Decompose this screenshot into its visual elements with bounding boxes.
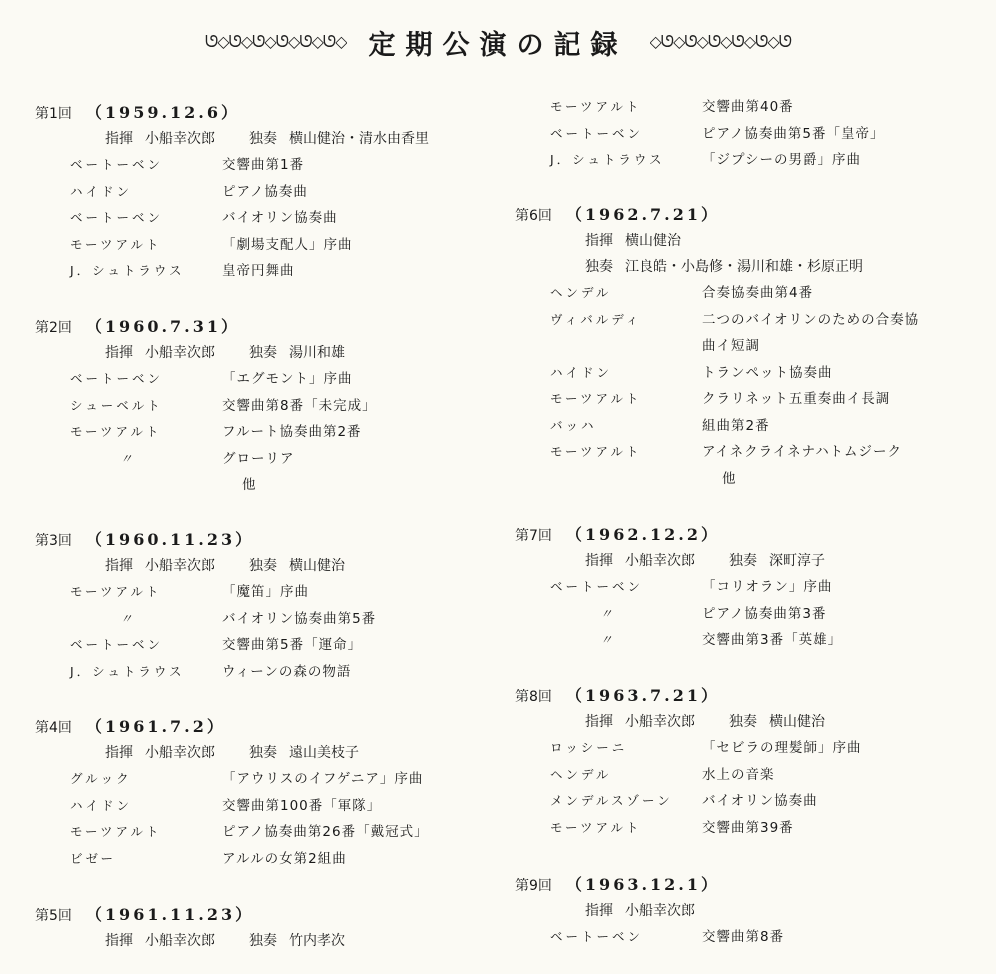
work: 皇帝円舞曲 bbox=[222, 258, 295, 285]
program-item: J．シュトラウスウィーンの森の物語 bbox=[35, 659, 495, 686]
program-item: 〃ピアノ協奏曲第3番 bbox=[515, 601, 975, 628]
composer: モーツアルト bbox=[515, 94, 702, 121]
work: 「セビラの理髪師」序曲 bbox=[702, 735, 862, 762]
concert-5-program: モーツアルト交響曲第40番 ベートーベンピアノ協奏曲第5番「皇帝」 J．シュトラ… bbox=[515, 94, 975, 174]
composer: モーツアルト bbox=[35, 579, 222, 606]
program-item: J．シュトラウス「ジプシーの男爵」序曲 bbox=[515, 147, 975, 174]
work: 曲イ短調 bbox=[702, 333, 760, 360]
soloist-name: 深町淳子 bbox=[769, 553, 825, 569]
concert-date: （1962.7.21） bbox=[566, 205, 720, 224]
performers: 指揮小船幸次郎独奏横山健治・清水由香里 bbox=[35, 126, 495, 152]
soloist-name: 横山健治・清水由香里 bbox=[289, 131, 429, 147]
program-item: メンデルスゾーンバイオリン協奏曲 bbox=[515, 788, 975, 815]
composer: モーツアルト bbox=[35, 819, 222, 846]
composer-ditto: 〃 bbox=[35, 446, 222, 473]
composer: モーツアルト bbox=[515, 815, 702, 842]
work: 交響曲第39番 bbox=[702, 815, 794, 842]
program-item: 〃交響曲第3番「英雄」 bbox=[515, 627, 975, 654]
program-item: ベートーベン交響曲第1番 bbox=[35, 152, 495, 179]
conductor-label: 指揮 bbox=[105, 933, 133, 949]
program-item-continued: 曲イ短調 bbox=[515, 333, 975, 360]
program-item: モーツアルトピアノ協奏曲第26番「戴冠式」 bbox=[35, 819, 495, 846]
work: 合奏協奏曲第4番 bbox=[702, 280, 813, 307]
composer bbox=[515, 333, 702, 360]
composer-ditto: 〃 bbox=[515, 627, 702, 654]
concert-number: 第7回 bbox=[515, 528, 552, 544]
soloist-name: 横山健治 bbox=[289, 558, 345, 574]
program-item: ハイドン交響曲第100番「軍隊」 bbox=[35, 793, 495, 820]
program-item: モーツアルト交響曲第39番 bbox=[515, 815, 975, 842]
composer: J．シュトラウス bbox=[35, 659, 222, 686]
composer: ベートーベン bbox=[35, 205, 222, 232]
performers: 指揮小船幸次郎独奏横山健治 bbox=[515, 709, 975, 735]
composer: モーツアルト bbox=[515, 386, 702, 413]
program-item: ヘンデル合奏協奏曲第4番 bbox=[515, 280, 975, 307]
performers: 指揮小船幸次郎 bbox=[515, 898, 975, 924]
work-etc: 他 bbox=[222, 472, 257, 499]
concert-heading: 第7回（1962.12.2） bbox=[515, 522, 975, 548]
composer-ditto: 〃 bbox=[515, 601, 702, 628]
work: アイネクライネナハトムジーク bbox=[702, 439, 902, 466]
composer: グルック bbox=[35, 766, 222, 793]
program-item: モーツアルト「劇場支配人」序曲 bbox=[35, 232, 495, 259]
concert-8: 第8回（1963.7.21） 指揮小船幸次郎独奏横山健治 ロッシーニ「セビラの理… bbox=[515, 683, 975, 841]
work: 水上の音楽 bbox=[702, 762, 775, 789]
composer: J．シュトラウス bbox=[35, 258, 222, 285]
composer: モーツアルト bbox=[35, 232, 222, 259]
soloist-label: 独奏 bbox=[249, 345, 277, 361]
work: 交響曲第8番 bbox=[702, 924, 784, 951]
work: ピアノ協奏曲第5番「皇帝」 bbox=[702, 121, 885, 148]
composer: バッハ bbox=[515, 413, 702, 440]
program-item: J．シュトラウス皇帝円舞曲 bbox=[35, 258, 495, 285]
conductor-label: 指揮 bbox=[105, 345, 133, 361]
composer: J．シュトラウス bbox=[515, 147, 702, 174]
concert-4: 第4回（1961.7.2） 指揮小船幸次郎独奏遠山美枝子 グルック「アウリスのイ… bbox=[35, 714, 495, 872]
work: 交響曲第3番「英雄」 bbox=[702, 627, 842, 654]
concert-date: （1961.7.2） bbox=[86, 717, 226, 736]
composer: ベートーベン bbox=[515, 924, 702, 951]
composer: シューベルト bbox=[35, 393, 222, 420]
conductor-name: 小船幸次郎 bbox=[625, 714, 695, 730]
work: ウィーンの森の物語 bbox=[222, 659, 351, 686]
concert-date: （1961.11.23） bbox=[86, 905, 254, 924]
ornament-left-icon: ᘎ◇ᘎ◇ᘎ◇ᘎ◇ᘎ◇ᘎ◇ bbox=[147, 32, 347, 52]
conductor-label: 指揮 bbox=[585, 903, 613, 919]
concert-number: 第6回 bbox=[515, 208, 552, 224]
concert-date: （1959.12.6） bbox=[86, 103, 240, 122]
concert-date: （1963.12.1） bbox=[566, 875, 720, 894]
composer: メンデルスゾーン bbox=[515, 788, 702, 815]
page-title: 定期公演の記録 bbox=[369, 23, 628, 62]
program-item: モーツアルト「魔笛」序曲 bbox=[35, 579, 495, 606]
composer: ロッシーニ bbox=[515, 735, 702, 762]
composer: ベートーベン bbox=[35, 152, 222, 179]
work: 「魔笛」序曲 bbox=[222, 579, 309, 606]
composer: モーツアルト bbox=[35, 419, 222, 446]
soloist-label: 独奏 bbox=[249, 745, 277, 761]
conductor-name: 小船幸次郎 bbox=[625, 553, 695, 569]
concert-number: 第5回 bbox=[35, 908, 72, 924]
concert-1: 第1回（1959.12.6） 指揮小船幸次郎独奏横山健治・清水由香里 ベートーベ… bbox=[35, 100, 495, 285]
work: 交響曲第5番「運命」 bbox=[222, 632, 362, 659]
program-item: 〃グローリア bbox=[35, 446, 495, 473]
soloist-line: 独奏江良皓・小島修・湯川和雄・杉原正明 bbox=[515, 254, 975, 280]
composer: ヘンデル bbox=[515, 762, 702, 789]
concert-3: 第3回（1960.11.23） 指揮小船幸次郎独奏横山健治 モーツアルト「魔笛」… bbox=[35, 527, 495, 685]
work: ピアノ協奏曲第3番 bbox=[702, 601, 827, 628]
soloist-label: 独奏 bbox=[585, 259, 613, 275]
performers: 指揮小船幸次郎独奏湯川和雄 bbox=[35, 340, 495, 366]
concert-heading: 第8回（1963.7.21） bbox=[515, 683, 975, 709]
work: トランペット協奏曲 bbox=[702, 360, 833, 387]
concert-heading: 第2回（1960.7.31） bbox=[35, 314, 495, 340]
concert-date: （1960.11.23） bbox=[86, 530, 254, 549]
concert-heading: 第5回（1961.11.23） bbox=[35, 902, 495, 928]
work: 交響曲第40番 bbox=[702, 94, 794, 121]
concert-5: 第5回（1961.11.23） 指揮小船幸次郎独奏竹内孝次 bbox=[35, 902, 495, 954]
work: グローリア bbox=[222, 446, 295, 473]
program-item: モーツアルトクラリネット五重奏曲イ長調 bbox=[515, 386, 975, 413]
program-item: 〃バイオリン協奏曲第5番 bbox=[35, 606, 495, 633]
program-item: バッハ組曲第2番 bbox=[515, 413, 975, 440]
composer bbox=[35, 472, 222, 499]
program-item: ヴィバルディ二つのバイオリンのための合奏協 bbox=[515, 307, 975, 334]
program-item: グルック「アウリスのイフゲニア」序曲 bbox=[35, 766, 495, 793]
performers: 指揮小船幸次郎独奏竹内孝次 bbox=[35, 928, 495, 954]
program-item: ロッシーニ「セビラの理髪師」序曲 bbox=[515, 735, 975, 762]
soloist-label: 独奏 bbox=[249, 131, 277, 147]
conductor-label: 指揮 bbox=[585, 233, 613, 249]
work: ピアノ協奏曲 bbox=[222, 179, 308, 206]
conductor-label: 指揮 bbox=[585, 553, 613, 569]
composer: ベートーベン bbox=[515, 121, 702, 148]
work-etc: 他 bbox=[702, 466, 737, 493]
concert-number: 第2回 bbox=[35, 320, 72, 336]
conductor-name: 横山健治 bbox=[625, 233, 681, 249]
performers: 指揮小船幸次郎独奏横山健治 bbox=[35, 553, 495, 579]
work: フルート協奏曲第2番 bbox=[222, 419, 362, 446]
composer: ベートーベン bbox=[35, 366, 222, 393]
conductor-label: 指揮 bbox=[585, 714, 613, 730]
soloist-label: 独奏 bbox=[249, 933, 277, 949]
composer: ハイドン bbox=[515, 360, 702, 387]
ornament-right-icon: ◇ᘎ◇ᘎ◇ᘎ◇ᘎ◇ᘎ◇ᘎ bbox=[650, 32, 850, 52]
concert-number: 第1回 bbox=[35, 106, 72, 122]
conductor-name: 小船幸次郎 bbox=[145, 131, 215, 147]
work: バイオリン協奏曲 bbox=[702, 788, 818, 815]
concert-date: （1963.7.21） bbox=[566, 686, 720, 705]
page-header: ᘎ◇ᘎ◇ᘎ◇ᘎ◇ᘎ◇ᘎ◇ 定期公演の記録 ◇ᘎ◇ᘎ◇ᘎ◇ᘎ◇ᘎ◇ᘎ bbox=[0, 18, 996, 66]
conductor-name: 小船幸次郎 bbox=[145, 933, 215, 949]
conductor-label: 指揮 bbox=[105, 745, 133, 761]
program-item: ハイドントランペット協奏曲 bbox=[515, 360, 975, 387]
composer: ハイドン bbox=[35, 793, 222, 820]
work: バイオリン協奏曲第5番 bbox=[222, 606, 376, 633]
work: ピアノ協奏曲第26番「戴冠式」 bbox=[222, 819, 429, 846]
composer: ベートーベン bbox=[515, 574, 702, 601]
concert-heading: 第9回（1963.12.1） bbox=[515, 872, 975, 898]
concert-number: 第3回 bbox=[35, 533, 72, 549]
program-item: ベートーベン交響曲第8番 bbox=[515, 924, 975, 951]
work: 交響曲第8番「未完成」 bbox=[222, 393, 377, 420]
work: 「エグモント」序曲 bbox=[222, 366, 353, 393]
soloist-name: 遠山美枝子 bbox=[289, 745, 359, 761]
concert-6: 第6回（1962.7.21） 指揮横山健治 独奏江良皓・小島修・湯川和雄・杉原正… bbox=[515, 202, 975, 492]
program-item: モーツアルトアイネクライネナハトムジーク bbox=[515, 439, 975, 466]
work: 交響曲第1番 bbox=[222, 152, 304, 179]
composer: ベートーベン bbox=[35, 632, 222, 659]
concert-9: 第9回（1963.12.1） 指揮小船幸次郎 ベートーベン交響曲第8番 bbox=[515, 872, 975, 951]
conductor-name: 小船幸次郎 bbox=[145, 345, 215, 361]
concert-2: 第2回（1960.7.31） 指揮小船幸次郎独奏湯川和雄 ベートーベン「エグモン… bbox=[35, 314, 495, 499]
performers: 指揮小船幸次郎独奏深町淳子 bbox=[515, 548, 975, 574]
conductor-label: 指揮 bbox=[105, 558, 133, 574]
program-item: ベートーベン「コリオラン」序曲 bbox=[515, 574, 975, 601]
conductor-name: 小船幸次郎 bbox=[625, 903, 695, 919]
concert-heading: 第4回（1961.7.2） bbox=[35, 714, 495, 740]
conductor-line: 指揮横山健治 bbox=[515, 228, 975, 254]
work: 組曲第2番 bbox=[702, 413, 770, 440]
program-item: モーツアルトフルート協奏曲第2番 bbox=[35, 419, 495, 446]
soloist-label: 独奏 bbox=[249, 558, 277, 574]
program-item: ハイドンピアノ協奏曲 bbox=[35, 179, 495, 206]
composer: ヘンデル bbox=[515, 280, 702, 307]
work: 「コリオラン」序曲 bbox=[702, 574, 832, 601]
composer: ハイドン bbox=[35, 179, 222, 206]
concert-7: 第7回（1962.12.2） 指揮小船幸次郎独奏深町淳子 ベートーベン「コリオラ… bbox=[515, 522, 975, 654]
conductor-name: 小船幸次郎 bbox=[145, 558, 215, 574]
program-item: ベートーベン交響曲第5番「運命」 bbox=[35, 632, 495, 659]
soloist-name: 江良皓・小島修・湯川和雄・杉原正明 bbox=[625, 259, 863, 275]
composer-ditto: 〃 bbox=[35, 606, 222, 633]
work: 二つのバイオリンのための合奏協 bbox=[702, 307, 919, 334]
concert-heading: 第3回（1960.11.23） bbox=[35, 527, 495, 553]
program-item: ヘンデル水上の音楽 bbox=[515, 762, 975, 789]
program-item: ビゼーアルルの女第2組曲 bbox=[35, 846, 495, 873]
composer: ヴィバルディ bbox=[515, 307, 702, 334]
concert-number: 第9回 bbox=[515, 878, 552, 894]
program-item: ベートーベンピアノ協奏曲第5番「皇帝」 bbox=[515, 121, 975, 148]
concert-number: 第8回 bbox=[515, 689, 552, 705]
work: 「劇場支配人」序曲 bbox=[222, 232, 353, 259]
program-item: 他 bbox=[35, 472, 495, 499]
soloist-name: 横山健治 bbox=[769, 714, 825, 730]
work: 「アウリスのイフゲニア」序曲 bbox=[222, 766, 423, 793]
program-item: ベートーベンバイオリン協奏曲 bbox=[35, 205, 495, 232]
concert-date: （1960.7.31） bbox=[86, 317, 240, 336]
concert-number: 第4回 bbox=[35, 720, 72, 736]
program-item: ベートーベン「エグモント」序曲 bbox=[35, 366, 495, 393]
composer bbox=[515, 466, 702, 493]
work: 交響曲第100番「軍隊」 bbox=[222, 793, 381, 820]
program-item: モーツアルト交響曲第40番 bbox=[515, 94, 975, 121]
conductor-name: 小船幸次郎 bbox=[145, 745, 215, 761]
work: バイオリン協奏曲 bbox=[222, 205, 338, 232]
concert-heading: 第1回（1959.12.6） bbox=[35, 100, 495, 126]
soloist-label: 独奏 bbox=[729, 553, 757, 569]
work: クラリネット五重奏曲イ長調 bbox=[702, 386, 890, 413]
soloist-name: 湯川和雄 bbox=[289, 345, 345, 361]
soloist-name: 竹内孝次 bbox=[289, 933, 345, 949]
concert-heading: 第6回（1962.7.21） bbox=[515, 202, 975, 228]
program-item: 他 bbox=[515, 466, 975, 493]
concert-date: （1962.12.2） bbox=[566, 525, 720, 544]
program-item: シューベルト交響曲第8番「未完成」 bbox=[35, 393, 495, 420]
work: 「ジプシーの男爵」序曲 bbox=[702, 147, 861, 174]
composer: ビゼー bbox=[35, 846, 222, 873]
composer: モーツアルト bbox=[515, 439, 702, 466]
conductor-label: 指揮 bbox=[105, 131, 133, 147]
soloist-label: 独奏 bbox=[729, 714, 757, 730]
performers: 指揮小船幸次郎独奏遠山美枝子 bbox=[35, 740, 495, 766]
work: アルルの女第2組曲 bbox=[222, 846, 347, 873]
